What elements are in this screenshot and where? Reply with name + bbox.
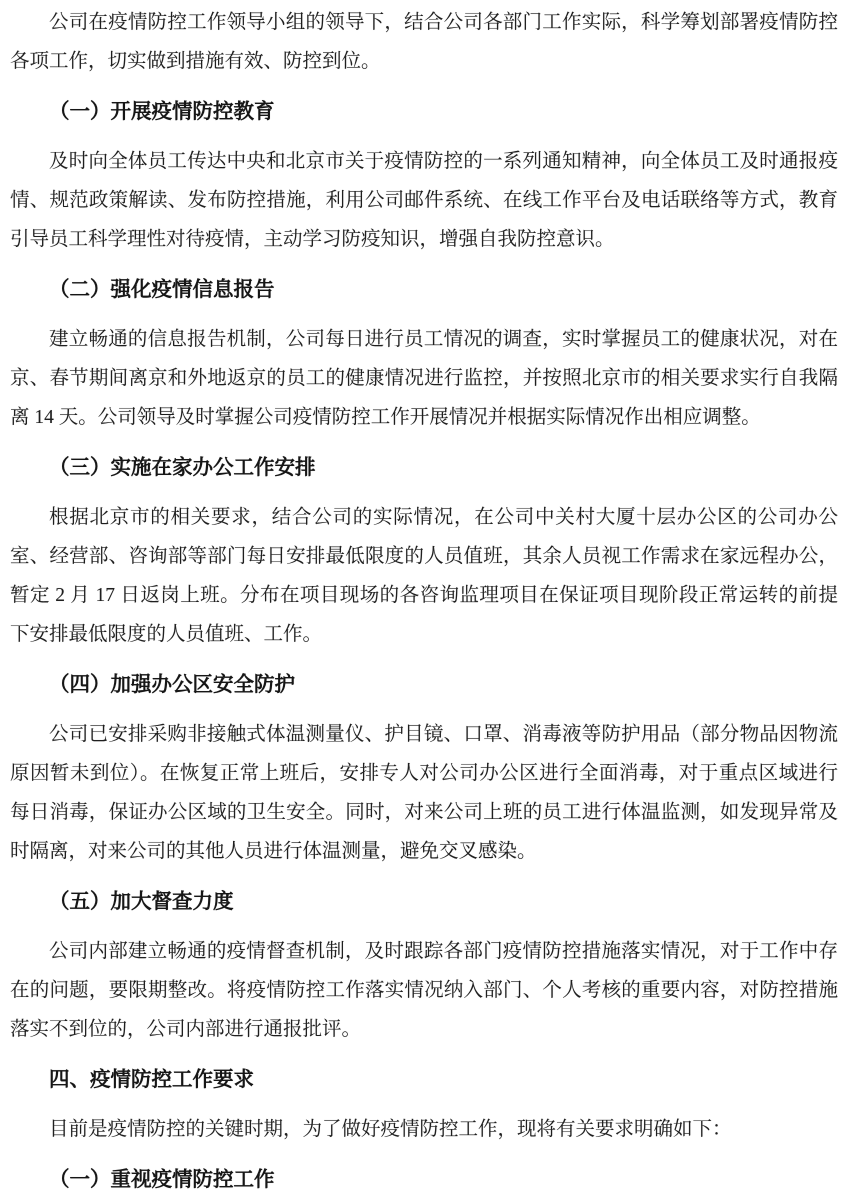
document-page: 公司在疫情防控工作领导小组的领导下，结合公司各部门工作实际，科学筹划部署疫情防控… <box>0 0 849 1200</box>
body-paragraph: 建立畅通的信息报告机制，公司每日进行员工情况的调查，实时掌握员工的健康状况，对在… <box>10 320 838 437</box>
body-paragraph: 公司内部建立畅通的疫情督查机制，及时跟踪各部门疫情防控措施落实情况，对于工作中存… <box>10 932 838 1049</box>
body-paragraph: 公司在疫情防控工作领导小组的领导下，结合公司各部门工作实际，科学筹划部署疫情防控… <box>10 3 838 81</box>
body-paragraph: 及时向全体员工传达中央和北京市关于疫情防控的一系列通知精神，向全体员工及时通报疫… <box>10 142 838 259</box>
subsection-heading: （一）开展疫情防控教育 <box>10 92 838 131</box>
body-paragraph: 公司已安排采购非接触式体温测量仪、护目镜、口罩、消毒液等防护用品（部分物品因物流… <box>10 715 838 871</box>
section-heading: 四、疫情防控工作要求 <box>10 1060 838 1099</box>
subsection-heading: （五）加大督查力度 <box>10 882 838 921</box>
subsection-heading: （二）强化疫情信息报告 <box>10 270 838 309</box>
subsection-heading: （四）加强办公区安全防护 <box>10 665 838 704</box>
subsection-heading: （一）重视疫情防控工作 <box>10 1160 838 1199</box>
subsection-heading: （三）实施在家办公工作安排 <box>10 448 838 487</box>
body-paragraph: 根据北京市的相关要求，结合公司的实际情况，在公司中关村大厦十层办公区的公司办公室… <box>10 498 838 654</box>
body-paragraph: 目前是疫情防控的关键时期，为了做好疫情防控工作，现将有关要求明确如下： <box>10 1110 838 1149</box>
